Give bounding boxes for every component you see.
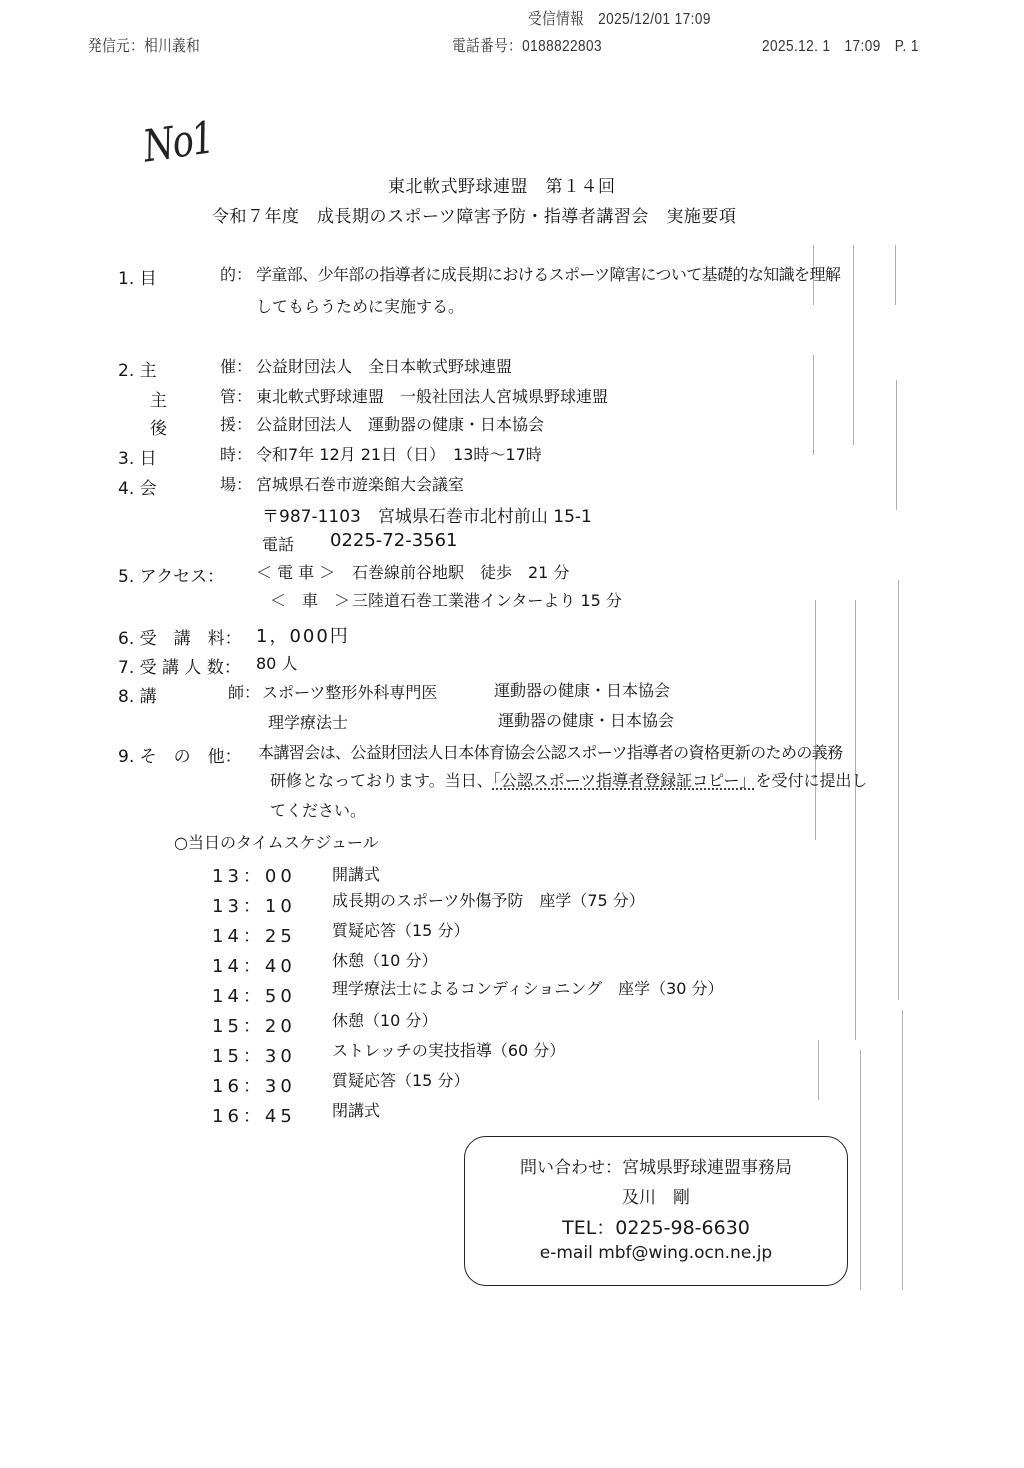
schedule-event: 質疑応答（15 分） bbox=[332, 1068, 469, 1091]
scan-line bbox=[815, 600, 816, 840]
schedule-time: 14：40 bbox=[212, 952, 296, 978]
contact-box: 問い合わせ：宮城県野球連盟事務局 及川 剛 TEL：0225-98-6630 e… bbox=[464, 1136, 848, 1286]
scan-line bbox=[813, 355, 814, 455]
venue-phone: 0225-72-3561 bbox=[330, 530, 458, 551]
schedule-event: 理学療法士によるコンディショニング 座学（30 分） bbox=[332, 976, 724, 999]
purpose-text-line2: してもらうために実施する。 bbox=[256, 294, 464, 317]
venue-number: 4. 会 bbox=[118, 474, 157, 499]
schedule-time: 15：20 bbox=[212, 1012, 296, 1038]
title-line2: 令和７年度 成長期のスポーツ障害予防・指導者講習会 実施要項 bbox=[212, 202, 736, 227]
supporter-label: 援： bbox=[220, 412, 252, 435]
required-document-note: 「公認スポーツ指導者登録証コピー」 bbox=[493, 771, 756, 790]
fee-value: 1，000円 bbox=[256, 622, 350, 648]
instructor-org: 運動器の健康・日本協会 bbox=[498, 708, 674, 731]
schedule-time: 13：10 bbox=[212, 892, 296, 918]
instructors-label: 師： bbox=[228, 680, 260, 703]
datetime-number: 3. 日 bbox=[118, 444, 157, 469]
organizer-value: 公益財団法人 全日本軟式野球連盟 bbox=[256, 354, 512, 377]
capacity-value: 80 人 bbox=[256, 651, 297, 674]
schedule-time: 16：30 bbox=[212, 1072, 296, 1098]
venue-phone-label: 電話 bbox=[262, 532, 294, 555]
other-text-line2-pre: 研修となっております。当日、 bbox=[270, 771, 493, 790]
schedule-time: 16：45 bbox=[212, 1102, 296, 1128]
datetime-value: 令和7年 12月 21日（日） 13時～17時 bbox=[256, 442, 542, 465]
scan-line bbox=[860, 1050, 861, 1290]
venue-name: 宮城県石巻市遊楽館大会議室 bbox=[256, 472, 464, 495]
schedule-time: 13：00 bbox=[212, 862, 296, 888]
contact-tel: TEL：0225-98-6630 bbox=[465, 1213, 847, 1240]
manager-number: 主 bbox=[150, 386, 167, 411]
other-text-line2-post: を受付に提出し bbox=[755, 771, 867, 790]
access-number: 5. アクセス： bbox=[118, 562, 224, 587]
other-label: 9. そ の 他： bbox=[118, 742, 242, 767]
supporter-value: 公益財団法人 運動器の健康・日本協会 bbox=[256, 412, 544, 435]
access-car-label: ＜ 車 ＞ bbox=[270, 588, 350, 611]
manager-value: 東北軟式野球連盟 一般社団法人宮城県野球連盟 bbox=[256, 384, 608, 407]
access-train-value: 石巻線前谷地駅 徒歩 21 分 bbox=[352, 560, 569, 583]
manager-label: 管： bbox=[220, 384, 252, 407]
schedule-heading: ○当日のタイムスケジュール bbox=[174, 830, 379, 853]
schedule-time: 14：25 bbox=[212, 922, 296, 948]
other-text-line3: てください。 bbox=[270, 798, 366, 821]
handwritten-note: No1 bbox=[140, 112, 216, 172]
schedule-event: 成長期のスポーツ外傷予防 座学（75 分） bbox=[332, 888, 645, 911]
schedule-event: ストレッチの実技指導（60 分） bbox=[332, 1038, 565, 1061]
instructor-role: 理学療法士 bbox=[268, 710, 348, 733]
access-train-label: ＜ 電 車 ＞ bbox=[256, 560, 335, 583]
access-car-value: 三陸道石巻工業港インターより 15 分 bbox=[352, 588, 622, 611]
scan-line bbox=[818, 1040, 819, 1100]
other-text-line1: 本講習会は、公益財団法人日本体育協会公認スポーツ指導者の資格更新のための義務 bbox=[258, 740, 843, 763]
scan-line bbox=[902, 1010, 903, 1290]
fax-sender: 発信元：相川義和 bbox=[88, 33, 200, 56]
supporter-number: 後 bbox=[150, 414, 167, 439]
schedule-event: 開講式 bbox=[332, 862, 380, 885]
fax-timestamp-page: 2025.12. 1 17:09 P. 1 bbox=[762, 33, 919, 56]
instructor-role: スポーツ整形外科専門医 bbox=[262, 680, 437, 703]
contact-office: 問い合わせ：宮城県野球連盟事務局 bbox=[465, 1153, 847, 1178]
schedule-event: 閉講式 bbox=[332, 1098, 380, 1121]
instructors-number: 8. 講 bbox=[118, 682, 157, 707]
schedule-event: 休憩（10 分） bbox=[332, 948, 437, 971]
schedule-event: 質疑応答（15 分） bbox=[332, 918, 469, 941]
scan-line bbox=[855, 600, 856, 1040]
schedule-time: 15：30 bbox=[212, 1042, 296, 1068]
datetime-label: 時： bbox=[220, 442, 252, 465]
other-text-line2: 研修となっております。当日、「公認スポーツ指導者登録証コピー」を受付に提出し bbox=[270, 768, 867, 791]
fax-received-info: 受信情報 2025/12/01 17:09 bbox=[528, 6, 711, 29]
organizer-number: 2. 主 bbox=[118, 356, 157, 381]
contact-name: 及川 剛 bbox=[465, 1183, 847, 1208]
purpose-number: 1. 目 bbox=[118, 264, 157, 289]
scan-line bbox=[853, 245, 854, 445]
schedule-event: 休憩（10 分） bbox=[332, 1008, 437, 1031]
fee-label: 6. 受 講 料： bbox=[118, 624, 242, 649]
scan-line bbox=[895, 245, 896, 305]
title-line1: 東北軟式野球連盟 第１４回 bbox=[388, 172, 616, 197]
scan-line bbox=[896, 380, 897, 510]
purpose-label: 的： bbox=[220, 262, 252, 285]
contact-email[interactable]: e-mail mbf@wing.ocn.ne.jp bbox=[465, 1243, 847, 1263]
fax-phone: 電話番号：0188822803 bbox=[452, 33, 602, 56]
venue-label: 場： bbox=[220, 472, 252, 495]
scan-line bbox=[898, 580, 899, 1000]
instructor-org: 運動器の健康・日本協会 bbox=[494, 678, 670, 701]
purpose-text-line1: 学童部、少年部の指導者に成長期におけるスポーツ障害について基礎的な知識を理解 bbox=[256, 262, 840, 285]
organizer-label: 催： bbox=[220, 354, 252, 377]
capacity-label: 7. 受 講 人 数： bbox=[118, 653, 241, 678]
venue-address: 〒987-1103 宮城県石巻市北村前山 15-1 bbox=[262, 502, 592, 527]
schedule-time: 14：50 bbox=[212, 982, 296, 1008]
